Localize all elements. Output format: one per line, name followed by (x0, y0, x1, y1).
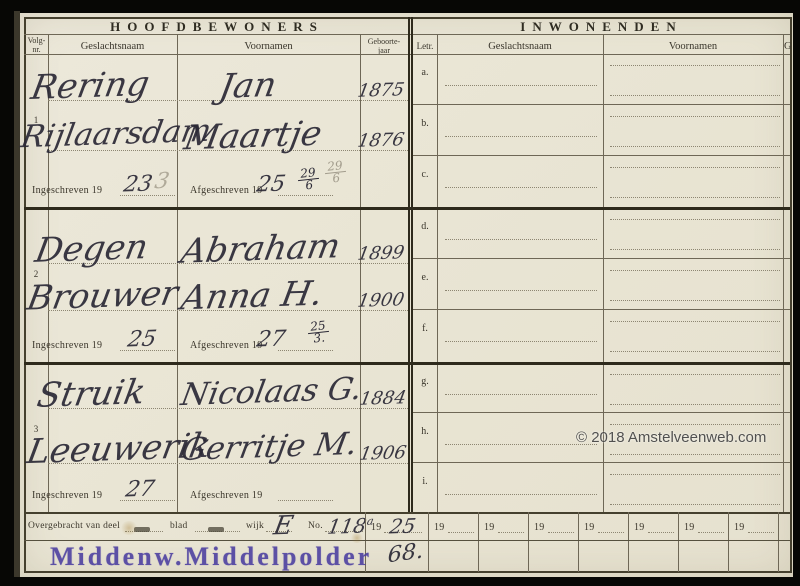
column-header-geslachtsnaam: Geslachtsnaam (48, 41, 177, 52)
writing-line (610, 197, 780, 198)
leader-dots (598, 532, 624, 533)
row-line (413, 258, 790, 259)
ingeschreven-label: Ingeschreven 19 (32, 185, 102, 196)
row-line (413, 155, 790, 156)
block-separator-1 (24, 207, 790, 210)
year-cell-prefix: 19 (684, 522, 695, 533)
handwritten-ingeschreven-year: 27 (124, 477, 157, 503)
year-cell-line (628, 512, 629, 572)
writing-line (445, 187, 597, 188)
handwritten-birthyear: 1900 (356, 289, 406, 312)
handwritten-firstname: Jan (216, 65, 279, 107)
year-cell-prefix: 19 (484, 522, 495, 533)
afgeschreven-label: Afgeschreven 19 (190, 340, 263, 351)
paper-stain (350, 533, 364, 543)
handwritten-afgeschreven-year: 25 (255, 172, 288, 198)
writing-line (445, 394, 597, 395)
handwritten-birthyear: 1876 (356, 129, 406, 152)
row-line (413, 104, 790, 105)
paper-stain (120, 521, 138, 535)
leader-dots (278, 500, 333, 501)
no-label: No. (308, 521, 323, 531)
lodger-row-letter: b. (415, 118, 435, 129)
rule-under-titles (24, 34, 790, 35)
card-border-right (790, 17, 792, 573)
handwritten-birthyear: 1884 (358, 387, 408, 410)
writing-line (610, 321, 780, 322)
leader-dots (498, 532, 524, 533)
scanned-register-card: HOOFDBEWONERS INWONENDEN Volg- nr. Gesla… (0, 0, 800, 586)
handwritten-afgeschreven-year: 27 (255, 327, 288, 353)
leader-dots (278, 195, 333, 196)
fraction-denominator: 6 (305, 180, 314, 192)
handwritten-surname: Rering (28, 64, 152, 108)
colline-geboortejaar (360, 34, 361, 512)
year-cell-line (728, 512, 729, 572)
register-page: HOOFDBEWONERS INWONENDEN Volg- nr. Gesla… (20, 13, 793, 577)
handwritten-surname: Brouwer (24, 273, 181, 318)
handwritten-firstname: Maartje (181, 114, 325, 159)
year-cell-prefix: 19 (584, 522, 595, 533)
writing-line (445, 85, 597, 86)
leader-dots (448, 532, 474, 533)
handwritten-firstname: Gerritje M. (178, 426, 360, 468)
fraction-denominator: 6 (332, 173, 341, 185)
writing-line (610, 424, 780, 425)
blad-label: blad (170, 521, 188, 531)
writing-line (445, 444, 597, 445)
writing-line (445, 136, 597, 137)
writing-line (610, 504, 780, 505)
column-header-geboortejaar: Geboorte- jaar (360, 38, 408, 55)
section-title-hoofdbewoners: HOOFDBEWONERS (24, 19, 410, 35)
handwritten-birthyear: 1875 (356, 79, 406, 102)
lodger-row-letter: d. (415, 221, 435, 232)
lodger-row-letter: h. (415, 426, 435, 437)
year-cell-prefix: 19 (434, 522, 445, 533)
pencil-date-fraction: 29 6 (324, 160, 348, 185)
handwritten-date-fraction: 29 6 (297, 167, 321, 192)
handwritten-surname: Degen (32, 227, 151, 271)
copyright-watermark: © 2018 Amstelveenweb.com (576, 429, 766, 446)
year-cell-line (578, 512, 579, 572)
handwritten-firstname: Nicolaas G. (178, 371, 365, 413)
writing-line (445, 290, 597, 291)
writing-line (610, 300, 780, 301)
lodger-row-letter: e. (415, 272, 435, 283)
year-cell-line (528, 512, 529, 572)
writing-line (610, 404, 780, 405)
lodger-row-letter: g. (415, 376, 435, 387)
column-header-geslachtsnaam-inwonenden: Geslachtsnaam (437, 41, 603, 52)
handwritten-date-fraction: 25 3. (307, 320, 331, 345)
handwritten-birthyear: 1899 (356, 242, 406, 265)
leader-dots (278, 350, 333, 351)
year-cell-line (778, 512, 779, 572)
handwritten-firstname: Abraham (178, 226, 343, 271)
year-cell-prefix: 19 (371, 522, 382, 533)
year-cell-prefix: 19 (734, 522, 745, 533)
afgeschreven-label: Afgeschreven 19 (190, 490, 263, 501)
row-line (413, 309, 790, 310)
column-header-letter: Letr. (413, 41, 437, 52)
writing-line (610, 146, 780, 147)
leader-dots (548, 532, 574, 533)
row-line (413, 462, 790, 463)
lodger-row-letter: c. (415, 169, 435, 180)
handwritten-ingeschreven-year: 25 (126, 327, 159, 353)
ingeschreven-label: Ingeschreven 19 (32, 340, 102, 351)
writing-line (445, 494, 597, 495)
handwritten-stamp-cell-value: 68. (387, 539, 423, 569)
writing-line (610, 65, 780, 66)
leader-dots (648, 532, 674, 533)
section-title-inwonenden: INWONENDEN (413, 19, 790, 35)
column-header-volgnr: Volg- nr. (25, 37, 48, 54)
lodger-row-letter: i. (415, 476, 435, 487)
center-divider (408, 17, 413, 512)
afgeschreven-label: Afgeschreven 19 (190, 185, 263, 196)
writing-line (610, 167, 780, 168)
card-border-left (24, 17, 26, 573)
column-header-voornamen: Voornamen (177, 41, 360, 52)
year-cell-prefix: 19 (534, 522, 545, 533)
year-cell-line (428, 512, 429, 572)
writing-line (610, 474, 780, 475)
ink-smudge (208, 527, 224, 532)
writing-line (610, 270, 780, 271)
lodger-row-letter: f. (415, 323, 435, 334)
pencil-ingeschreven-note: 3 (153, 169, 172, 194)
rule-under-column-headers (24, 54, 790, 55)
lodger-row-letter: a. (415, 67, 435, 78)
year-cell-line (678, 512, 679, 572)
fraction-denominator: 3. (313, 332, 326, 344)
writing-line (610, 249, 780, 250)
writing-line (610, 219, 780, 220)
wijk-label: wijk (246, 521, 264, 531)
handwritten-firstname: Anna H. (178, 274, 326, 319)
writing-line (445, 341, 597, 342)
column-header-voornamen-inwonenden: Voornamen (603, 41, 783, 52)
ingeschreven-label: Ingeschreven 19 (32, 490, 102, 501)
block-separator-2 (24, 362, 790, 365)
writing-line (610, 116, 780, 117)
writing-line (445, 239, 597, 240)
colline-letter (437, 34, 438, 512)
column-header-geboortejaar-clipped: G (784, 41, 791, 52)
writing-line (610, 351, 780, 352)
municipality-stamp: Middenw.Middelpolder (50, 542, 350, 572)
handwritten-surname: Struik (34, 372, 148, 416)
handwritten-wijk-value: E (271, 511, 295, 542)
leader-dots (698, 532, 724, 533)
writing-line (610, 374, 780, 375)
leader-dots (748, 532, 774, 533)
writing-line (610, 95, 780, 96)
row-line (413, 412, 790, 413)
year-cell-prefix: 19 (634, 522, 645, 533)
writing-line (610, 454, 780, 455)
year-cell-line (478, 512, 479, 572)
handwritten-ingeschreven-year: 23 (122, 172, 155, 198)
handwritten-birthyear: 1906 (358, 442, 408, 465)
handwritten-year-value: 25 (388, 514, 418, 539)
colline-right-sliver (783, 34, 784, 512)
overgebracht-label: Overgebracht van deel (28, 521, 120, 531)
